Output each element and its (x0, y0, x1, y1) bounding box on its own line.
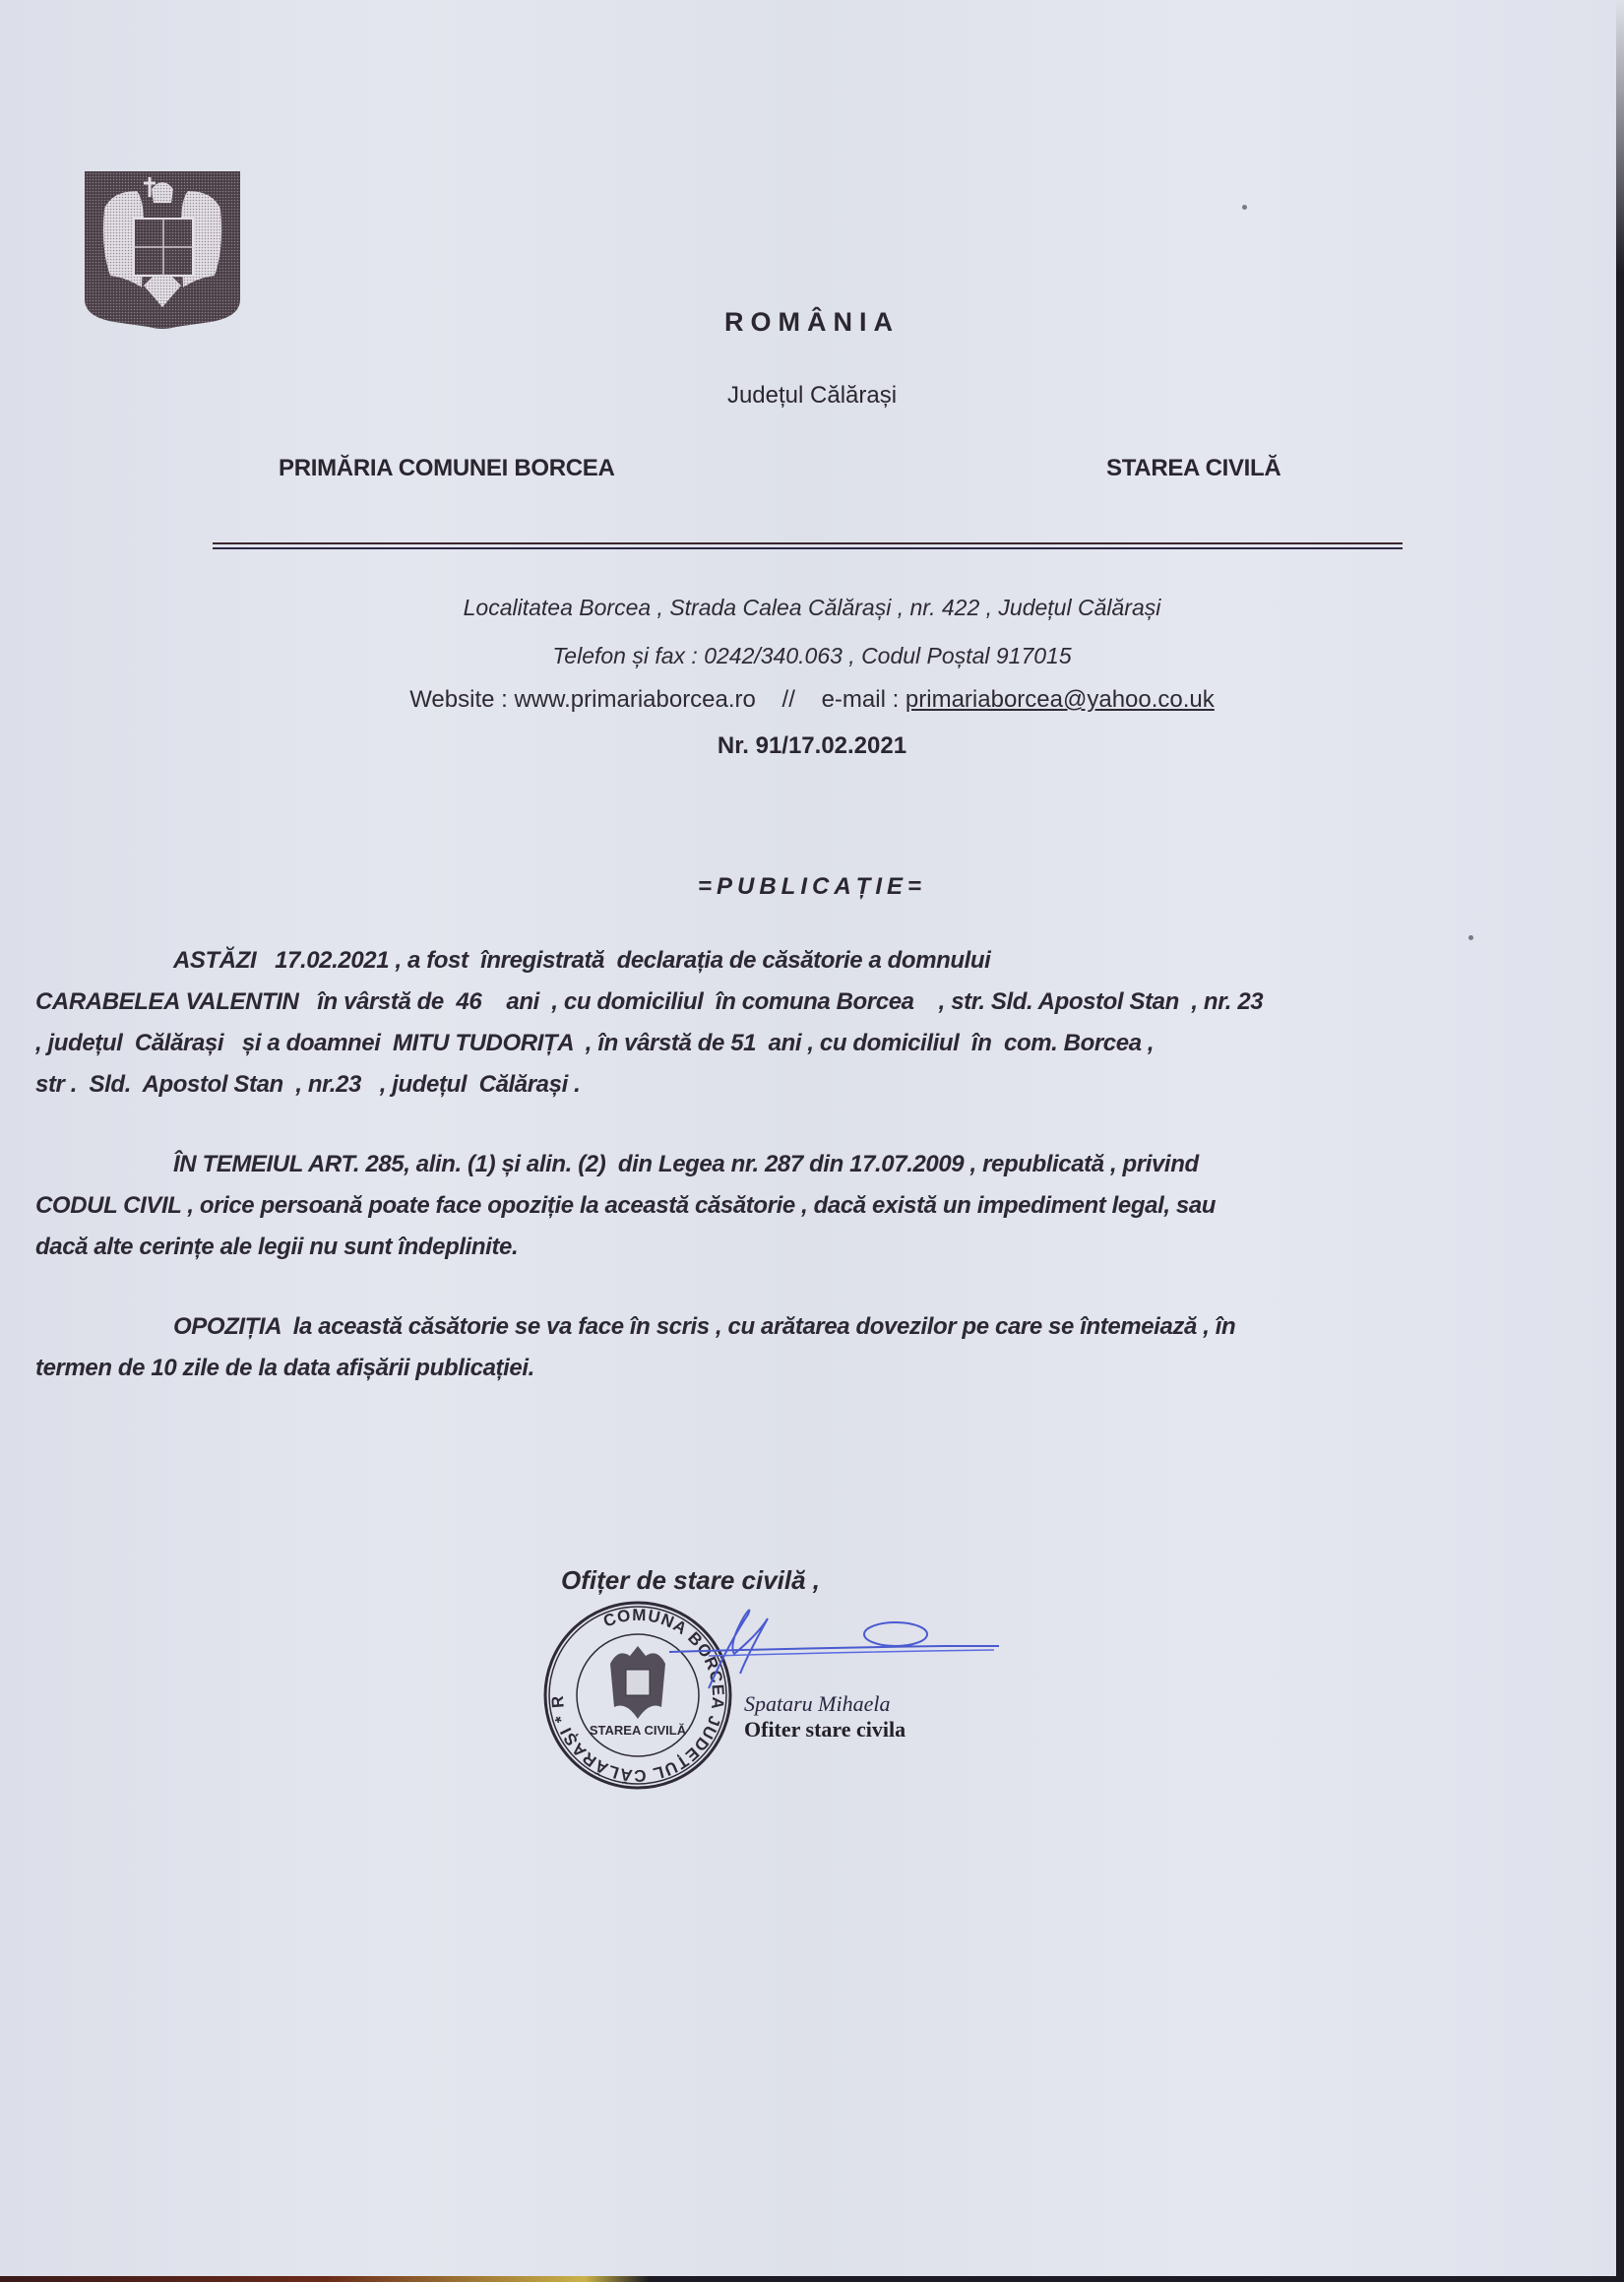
phone-line: Telefon și fax : 0242/340.063 , Codul Po… (0, 643, 1624, 669)
paragraph-line: str . Sld. Apostol Stan , nr.23 , județu… (35, 1064, 1472, 1106)
paragraph-line: , județul Călărași și a doamnei MITU TUD… (35, 1023, 1472, 1064)
scan-edge-right (1616, 0, 1624, 2282)
email-link[interactable]: primariaborcea@yahoo.co.uk (906, 686, 1215, 713)
scan-speck (1242, 205, 1247, 210)
officer-name: Spataru Mihaela (744, 1691, 891, 1717)
handwritten-signature-icon (650, 1595, 1004, 1703)
department-name: STAREA CIVILĂ (1106, 455, 1280, 482)
scan-speck (1468, 935, 1473, 940)
paragraph-line: ÎN TEMEIUL ART. 285, alin. (1) și alin. … (35, 1144, 1472, 1185)
document-page: ROMÂNIA Județul Călărași PRIMĂRIA COMUNE… (0, 0, 1616, 2276)
website-line: Website : www.primariaborcea.ro // e-mai… (0, 686, 1624, 714)
registration-number: Nr. 91/17.02.2021 (0, 732, 1624, 760)
paragraph-line: CODUL CIVIL , orice persoană poate face … (35, 1185, 1472, 1227)
opposition-paragraph: OPOZIȚIA la această căsătorie se va face… (35, 1306, 1472, 1389)
address-line: Localitatea Borcea , Strada Calea Călăra… (0, 595, 1624, 621)
paragraph-line: ASTĂZI 17.02.2021 , a fost înregistrată … (35, 940, 1472, 982)
header-divider (213, 542, 1403, 549)
paragraph-line: dacă alte cerințe ale legii nu sunt înde… (35, 1227, 1472, 1268)
county-heading: Județul Călărași (0, 382, 1624, 410)
institution-name: PRIMĂRIA COMUNEI BORCEA (279, 455, 615, 482)
paragraph-line: CARABELEA VALENTIN în vârstă de 46 ani ,… (35, 982, 1472, 1023)
paragraph-line: OPOZIȚIA la această căsătorie se va face… (35, 1306, 1472, 1348)
document-title: =PUBLICAȚIE= (0, 873, 1624, 901)
website-label[interactable]: Website : www.primariaborcea.ro // e-mai… (409, 686, 906, 713)
declaration-paragraph: ASTĂZI 17.02.2021 , a fost înregistrată … (35, 940, 1472, 1106)
country-heading: ROMÂNIA (0, 307, 1624, 338)
paragraph-line: termen de 10 zile de la data afișării pu… (35, 1348, 1472, 1389)
legal-basis-paragraph: ÎN TEMEIUL ART. 285, alin. (1) și alin. … (35, 1144, 1472, 1268)
officer-role: Ofiter stare civila (744, 1717, 906, 1743)
stamp-center-text: STAREA CIVILĂ (590, 1723, 687, 1738)
scan-edge-bottom (0, 2276, 1624, 2282)
signature-title: Ofițer de stare civilă , (561, 1565, 820, 1596)
